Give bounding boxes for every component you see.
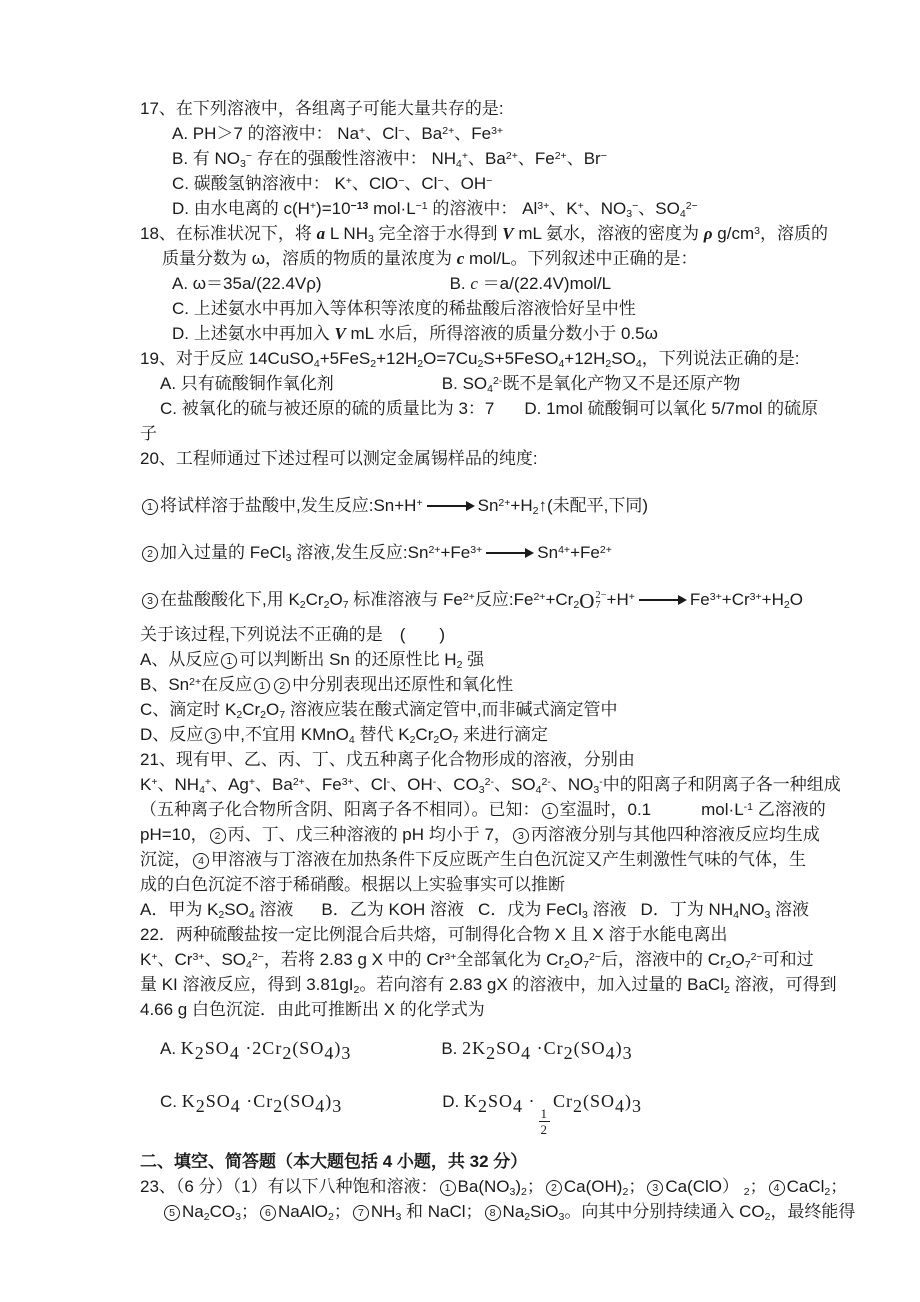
- spacer: [351, 1053, 441, 1054]
- q19-stem: 19、对于反应 14CuSO4+5FeS2+12H2O=7Cu2S+5FeSO4…: [140, 346, 840, 371]
- text-run: +: [359, 125, 365, 137]
- spacer: [464, 914, 478, 915]
- text-run: -: [599, 776, 603, 788]
- text-run: K: [464, 1091, 478, 1111]
- q20-option-b: B、Sn2+在反应12中分别表现出还原性和氧化性: [140, 672, 840, 697]
- text-run: SO: [488, 1091, 513, 1111]
- q22-stem-1: 22．两种硫酸盐按一定比例混合后共熔，可制得化合物 X 且 X 溶于水能电离出: [140, 922, 840, 947]
- q20-stem: 20、工程师通过下述过程可以测定金属锡样品的纯度:: [140, 446, 840, 471]
- text-run: V: [334, 324, 345, 343]
- text-run: 2: [477, 358, 483, 370]
- text-run: 2: [724, 984, 730, 996]
- text-run: 2+: [600, 544, 612, 556]
- text-run: 2: [784, 599, 790, 611]
- circled-number: 2: [546, 1180, 562, 1196]
- text-run: 4: [314, 358, 320, 370]
- text-run: 2: [521, 1186, 527, 1198]
- circled-number: 7: [353, 1205, 369, 1221]
- text-run: ·2Cr: [240, 1038, 283, 1058]
- text-run: 2: [417, 358, 423, 370]
- text-run: 2: [204, 1211, 210, 1223]
- text-run: ·: [523, 1091, 536, 1111]
- text-run: 3+: [444, 951, 456, 963]
- text-run: 3: [332, 1096, 342, 1116]
- text-run: −: [486, 175, 492, 187]
- q23-stem-2: 5Na2CO3；6NaAlO2；7NH3 和 NaCl；8Na2SiO3。向其中…: [140, 1199, 840, 1224]
- text-run: 2: [573, 599, 579, 611]
- text-run: 2+: [498, 497, 510, 509]
- text-run: 2: [282, 1043, 292, 1063]
- text-run: +: [462, 150, 468, 162]
- q18-stem-2: 质量分数为 ω，溶质的物质的量浓度为 c mol/L。下列叙述中正确的是：: [140, 246, 840, 271]
- text-run: 4: [315, 1096, 325, 1116]
- text-run: 2: [564, 959, 570, 971]
- text-run: 2K: [462, 1038, 486, 1058]
- q22-stem-3: 量 KI 溶液反应，得到 3.81gI2。若向溶有 2.83 gX 的溶液中，加…: [140, 972, 840, 997]
- text-run: 2−: [589, 951, 601, 963]
- q21-stem-1: 21、现有甲、乙、丙、丁、戊五种离子化合物形成的溶液，分别由: [140, 747, 840, 772]
- q17-option-c: C. 碳酸氢钠溶液中： K+、ClO−、Cl−、OH−: [140, 171, 840, 196]
- text-run: 7: [343, 599, 349, 611]
- text-run: (SO: [292, 1038, 324, 1058]
- text-run: 4: [231, 1096, 241, 1116]
- spacer: [293, 914, 321, 915]
- circled-number: 2: [210, 828, 226, 844]
- text-run: (SO: [283, 1091, 315, 1111]
- circled-number: 2: [274, 678, 290, 694]
- spacer: [627, 914, 641, 915]
- q23-stem-1: 23、（6 分）（1）有以下八种饱和溶液：1Ba(NO3)2；2Ca(OH)2；…: [140, 1174, 840, 1199]
- right-arrow-icon: [639, 599, 685, 601]
- text-run: 3: [286, 552, 292, 564]
- circled-number: 3: [513, 828, 529, 844]
- text-run: (SO: [583, 1091, 615, 1111]
- text-run: 2: [300, 599, 306, 611]
- text-run: 2: [370, 358, 376, 370]
- text-run: ): [616, 1038, 623, 1058]
- text-run: K: [181, 1038, 195, 1058]
- text-run: 4: [521, 1043, 531, 1063]
- text-run: SO: [205, 1038, 230, 1058]
- text-run: a: [317, 224, 326, 243]
- text-run: −: [246, 150, 252, 162]
- q20-option-a: A、从反应1可以判断出 Sn 的还原性比 H2 强: [140, 647, 840, 672]
- text-run: 7: [452, 734, 458, 746]
- spacer: [322, 288, 450, 289]
- text-run: 4: [558, 358, 564, 370]
- text-run: 2+: [189, 676, 201, 688]
- text-run: c: [457, 249, 465, 268]
- text-run: 4+: [558, 544, 570, 556]
- section-2-header: 二、填空、简答题（本大题包括 4 小题，共 32 分）: [140, 1149, 840, 1174]
- text-run: 2+: [555, 150, 567, 162]
- text-run: +: [205, 776, 211, 788]
- text-run: 3+: [470, 544, 482, 556]
- text-run: 4: [636, 358, 642, 370]
- text-run: 3+: [537, 200, 549, 212]
- q22-stem-4: 4.66 g 白色沉淀．由此可推断出 X 的化学式为: [140, 997, 840, 1022]
- text-run: 2-: [493, 375, 502, 387]
- q18-option-c: C. 上述氨水中再加入等体积等浓度的稀盐酸后溶液恰好呈中性: [140, 296, 840, 321]
- text-run: ρ: [704, 224, 713, 243]
- text-run: 2: [324, 599, 330, 611]
- text-run: 3+: [750, 591, 762, 603]
- q20-step-1: 1将试样溶于盐酸中,发生反应:Sn+H+Sn2++H2↑(未配平,下同): [140, 493, 840, 518]
- text-run: 3+: [710, 591, 722, 603]
- text-run: Cr: [553, 1091, 573, 1111]
- text-run: SO: [206, 1091, 231, 1111]
- circled-number: 1: [221, 653, 237, 669]
- spacer: [651, 814, 701, 815]
- text-run: 3+: [192, 951, 204, 963]
- q20-step-3: 3在盐酸酸化下,用 K2Cr2O7 标准溶液与 Fe2+反应:Fe2++Cr2O…: [140, 587, 840, 612]
- spacer: [342, 1106, 442, 1107]
- text-run: 2: [410, 734, 416, 746]
- text-run: 2: [196, 1096, 206, 1116]
- text-run: 4: [230, 1043, 240, 1063]
- text-run: 3: [623, 1043, 633, 1063]
- text-run: 3: [368, 233, 374, 245]
- text-run: 2: [744, 1186, 750, 1198]
- q20-option-d: D、反应3中,不宜用 KMnO4 替代 K2Cr2O7 来进行滴定: [140, 722, 840, 747]
- text-run: 4: [324, 1043, 334, 1063]
- spacer: [494, 413, 524, 414]
- text-run: −: [437, 175, 443, 187]
- q21-options: A．甲为 K2SO4 溶液B．乙为 KOH 溶液C．戊为 FeCl3 溶液D．丁…: [140, 897, 840, 922]
- text-run: 2+: [428, 544, 440, 556]
- text-run: ·Cr: [531, 1038, 564, 1058]
- text-run: SO: [496, 1038, 521, 1058]
- text-run: 4: [456, 158, 462, 170]
- text-run: 3: [395, 1211, 401, 1223]
- text-run: 3: [754, 225, 760, 237]
- text-run: −: [601, 150, 607, 162]
- text-run: (SO: [574, 1038, 606, 1058]
- text-run: -: [433, 776, 437, 788]
- text-run: 2+: [293, 776, 305, 788]
- text-run: 3: [479, 784, 485, 796]
- circled-number: 3: [142, 593, 158, 609]
- text-run: 2: [605, 358, 611, 370]
- q17-stem: 17、在下列溶液中，各组离子可能大量共存的是:: [140, 96, 840, 121]
- q21-stem-5: 沉淀，4甲溶液与丁溶液在加热条件下反应既产生白色沉淀又产生刺激性气味的气体，生: [140, 847, 840, 872]
- q19-options-cd: C. 被氧化的硫与被还原的硫的质量比为 3：7D. 1mol 硫酸铜可以氧化 5…: [140, 396, 840, 421]
- text-run: 2: [354, 984, 360, 996]
- text-run: 4: [615, 1096, 625, 1116]
- text-run: 2: [533, 505, 539, 517]
- text-run: 3: [240, 158, 246, 170]
- text-run: 2: [433, 734, 439, 746]
- text-run: 2−: [751, 951, 763, 963]
- text-run: 2: [573, 1096, 583, 1116]
- text-run: +: [578, 200, 584, 212]
- text-run: 3+: [342, 776, 354, 788]
- text-run: ·Cr: [241, 1091, 274, 1111]
- text-run: 3: [341, 1043, 351, 1063]
- circled-number: 3: [205, 728, 221, 744]
- q19-option-d-wrap: 子: [140, 421, 840, 446]
- text-run: V: [502, 224, 513, 243]
- exam-body: 17、在下列溶液中，各组离子可能大量共存的是:A. PH＞7 的溶液中： Na+…: [140, 96, 840, 1224]
- text-run: 4: [513, 1096, 523, 1116]
- text-run: 2+: [463, 591, 475, 603]
- text-run: 2: [328, 1211, 334, 1223]
- text-run: 3: [632, 1096, 642, 1116]
- circled-number: 8: [485, 1205, 501, 1221]
- text-run: +: [416, 497, 422, 509]
- text-run: ): [625, 1091, 632, 1111]
- q21-stem-3: （五种离子化合物所含阴、阳离子各不相同）。已知：1室温时，0.1mol·L-1 …: [140, 797, 840, 822]
- text-run: 3: [582, 909, 588, 921]
- q20-option-c: C、滴定时 K2Cr2O7 溶液应装在酸式滴定管中,而非碱式滴定管中: [140, 697, 840, 722]
- text-run: 2: [273, 1096, 283, 1116]
- q17-option-d: D. 由水电离的 c(H+)=10−13 mol·L−1 的溶液中： Al3+、…: [140, 196, 840, 221]
- stacked-ion-formula: O2−7: [579, 591, 606, 611]
- text-run: 2: [564, 1043, 574, 1063]
- q17-option-a: A. PH＞7 的溶液中： Na+、Cl−、Ba2+、Fe3+: [140, 121, 840, 146]
- right-arrow-icon: [486, 552, 532, 554]
- circled-number: 1: [254, 678, 270, 694]
- text-run: +: [346, 175, 352, 187]
- text-run: 2: [726, 959, 732, 971]
- text-run: 7: [279, 709, 285, 721]
- right-arrow-icon: [427, 505, 473, 507]
- circled-number: 4: [769, 1180, 785, 1196]
- text-run: 4: [680, 208, 686, 220]
- text-run: 4: [249, 909, 255, 921]
- text-run: 2: [478, 1096, 488, 1116]
- text-run: 3: [558, 1211, 564, 1223]
- text-run: -: [387, 776, 391, 788]
- text-run: 2: [236, 709, 242, 721]
- text-run: 2: [765, 1211, 771, 1223]
- text-run: 2: [260, 709, 266, 721]
- q18-options-ab: A. ω＝35a/(22.4Vρ)B. c ＝a/(22.4V)mol/L: [140, 271, 840, 296]
- text-run: 7: [745, 959, 751, 971]
- text-run: 2+: [442, 125, 454, 137]
- text-run: 3: [764, 909, 770, 921]
- q21-stem-2: K+、NH4+、Ag+、Ba2+、Fe3+、Cl-、OH-、CO32-、SO42…: [140, 772, 840, 797]
- q18-stem-1: 18、在标准状况下，将 a L NH3 完全溶于水得到 V mL 氨水，溶液的密…: [140, 221, 840, 246]
- text-run: 2: [824, 1186, 830, 1198]
- text-run: 3+: [491, 125, 503, 137]
- text-run: 2: [622, 1186, 628, 1198]
- circled-number: 3: [647, 1180, 663, 1196]
- text-run: 3: [235, 1211, 241, 1223]
- text-run: 2: [457, 659, 463, 671]
- q21-stem-6: 成的白色沉淀不溶于稀硝酸。根据以上实验事实可以推断: [140, 872, 840, 897]
- text-run: 4: [733, 909, 739, 921]
- text-run: 2−: [252, 951, 264, 963]
- text-run: 2+: [506, 150, 518, 162]
- text-run: +: [629, 591, 635, 603]
- text-run: +: [249, 776, 255, 788]
- text-run: 2: [486, 1043, 496, 1063]
- text-run: 2−: [686, 200, 698, 212]
- exam-page: 17、在下列溶液中，各组离子可能大量共存的是:A. PH＞7 的溶液中： Na+…: [0, 0, 920, 1302]
- text-run: +: [310, 200, 316, 212]
- text-run: K: [182, 1091, 196, 1111]
- text-run: −13: [351, 200, 369, 212]
- circled-number: 4: [193, 853, 209, 869]
- circled-number: 2: [142, 546, 158, 562]
- q22-stem-2: K+、Cr3+、SO42−，若将 2.83 g X 中的 Cr3+全部氧化为 C…: [140, 947, 840, 972]
- fraction: 12: [539, 1106, 551, 1137]
- q21-stem-4: pH=10，2丙、丁、戊三种溶液的 pH 均小于 7，3丙溶液分别与其他四种溶液…: [140, 822, 840, 847]
- text-run: 4: [606, 1043, 616, 1063]
- text-run: −1: [416, 200, 428, 212]
- q20-question: 关于该过程,下列说法不正确的是 ( ): [140, 622, 840, 647]
- text-run: −: [398, 175, 404, 187]
- circled-number: 1: [440, 1180, 456, 1196]
- q22-options-cd: C. K2SO4 ·Cr2(SO4)3D. K2SO4 ·12Cr2(SO4)3: [140, 1089, 840, 1137]
- text-run: 3: [510, 1186, 516, 1198]
- text-run: 4: [246, 959, 252, 971]
- text-run: +: [151, 776, 157, 788]
- text-run: c: [470, 274, 478, 293]
- text-run: +: [151, 951, 157, 963]
- text-run: −: [632, 200, 638, 212]
- text-run: 4: [349, 734, 355, 746]
- circled-number: 1: [142, 499, 158, 515]
- circled-number: 5: [164, 1205, 180, 1221]
- q18-option-d: D. 上述氨水中再加入 V mL 水后，所得溶液的质量分数小于 0.5ω: [140, 321, 840, 346]
- text-run: 2: [195, 1043, 205, 1063]
- text-run: 2-: [485, 776, 494, 788]
- q17-option-b: B. 有 NO3− 存在的强酸性溶液中： NH4+、Ba2+、Fe2+、Br−: [140, 146, 840, 171]
- text-run: 2: [524, 1211, 530, 1223]
- q19-options-ab: A. 只有硫酸铜作氧化剂B. SO42-既不是氧化产物又不是还原产物: [140, 371, 840, 396]
- q22-options-ab: A. K2SO4 ·2Cr2(SO4)3B. 2K2SO4 ·Cr2(SO4)3: [140, 1036, 840, 1061]
- circled-number: 6: [260, 1205, 276, 1221]
- circled-number: 1: [542, 803, 558, 819]
- text-run: 2+: [533, 591, 545, 603]
- q20-step-2: 2加入过量的 FeCl3 溶液,发生反应:Sn2++Fe3+Sn4++Fe2+: [140, 540, 840, 565]
- text-run: -1: [744, 801, 753, 813]
- spacer: [334, 388, 442, 389]
- text-run: 2-: [541, 776, 550, 788]
- text-run: 2: [218, 909, 224, 921]
- text-run: −: [398, 125, 404, 137]
